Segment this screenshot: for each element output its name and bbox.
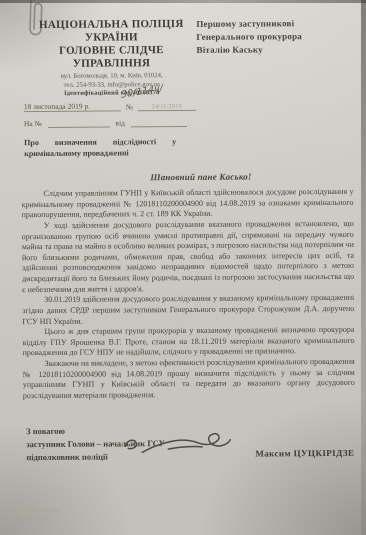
reply-date-line xyxy=(131,117,187,127)
reply-reference-row: На № від xyxy=(24,117,187,128)
recipient-line-1: Першому заступникові xyxy=(196,17,351,31)
date-number-row: 18 листопада 2019 р. № 24/11/2019 xyxy=(24,101,196,112)
body-paragraph-5: Зважаючи на викладене, з метою ефективно… xyxy=(23,357,355,402)
recipient-block: Першому заступникові Генерального прокур… xyxy=(196,17,351,57)
stamped-date: 24/11/2019 xyxy=(138,104,182,110)
body-paragraph-3: 30.01.2019 здійснення досудового розслід… xyxy=(22,293,354,327)
na-no-label: На № xyxy=(24,119,42,128)
sender-line-2: УКРАЇНИ xyxy=(28,31,194,45)
photo-edge-top xyxy=(0,0,366,3)
number-line: 24/11/2019 xyxy=(138,101,196,111)
body-paragraph-4: Цього ж дня старшим групи прокурорів у в… xyxy=(22,325,354,359)
sender-line-1: НАЦІОНАЛЬНА ПОЛІЦІЯ xyxy=(28,18,194,32)
number-sign-label: № xyxy=(123,102,136,111)
scanned-letter-photo: НАЦІОНАЛЬНА ПОЛІЦІЯ УКРАЇНИ ГОЛОВНЕ СЛІД… xyxy=(0,0,366,535)
date-line: 18 листопада 2019 р. xyxy=(24,101,121,112)
sender-block: НАЦІОНАЛЬНА ПОЛІЦІЯ УКРАЇНИ ГОЛОВНЕ СЛІД… xyxy=(28,18,194,71)
recipient-line-3: Віталію Каську xyxy=(196,43,351,57)
executor-contact: Муравель Дмитро 067 697 93 23 xyxy=(14,507,60,524)
letter-page: НАЦІОНАЛЬНА ПОЛІЦІЯ УКРАЇНИ ГОЛОВНЕ СЛІД… xyxy=(0,0,366,535)
sender-line-4: УПРАВЛІННЯ xyxy=(29,57,195,71)
sender-address-block: вул. Богомольця, 10, м. Київ, 01024, тел… xyxy=(29,71,195,99)
subject-line: Про визначення підслідності у кримінальн… xyxy=(24,136,176,159)
sender-line-3: ГОЛОВНЕ СЛІДЧЕ xyxy=(28,44,194,58)
body-paragraph-1: Слідчим управлінням ГУНП у Київській обл… xyxy=(21,187,353,221)
executor-phone: 067 697 93 23 xyxy=(14,515,60,524)
signatory-name: Максим ЦУЦКІРІДЗЕ xyxy=(255,448,354,459)
handwritten-signature xyxy=(119,430,239,468)
recipient-line-2: Генерального прокурора xyxy=(196,30,351,44)
photo-edge-right xyxy=(361,0,366,535)
sender-id-code: Ідентифікаційний код 40108578 xyxy=(29,89,195,99)
letter-date: 18 листопада 2019 р. xyxy=(24,102,90,111)
reply-number-line xyxy=(48,118,110,128)
body-paragraph-2: У ході здійснення досудового розслідуван… xyxy=(22,219,355,296)
vid-label: від xyxy=(115,118,125,127)
letter-body: Слідчим управлінням ГУНП у Київській обл… xyxy=(21,187,354,402)
executor-name: Муравель Дмитро xyxy=(14,507,60,516)
salutation: Шановний пане Касько! xyxy=(150,172,251,183)
